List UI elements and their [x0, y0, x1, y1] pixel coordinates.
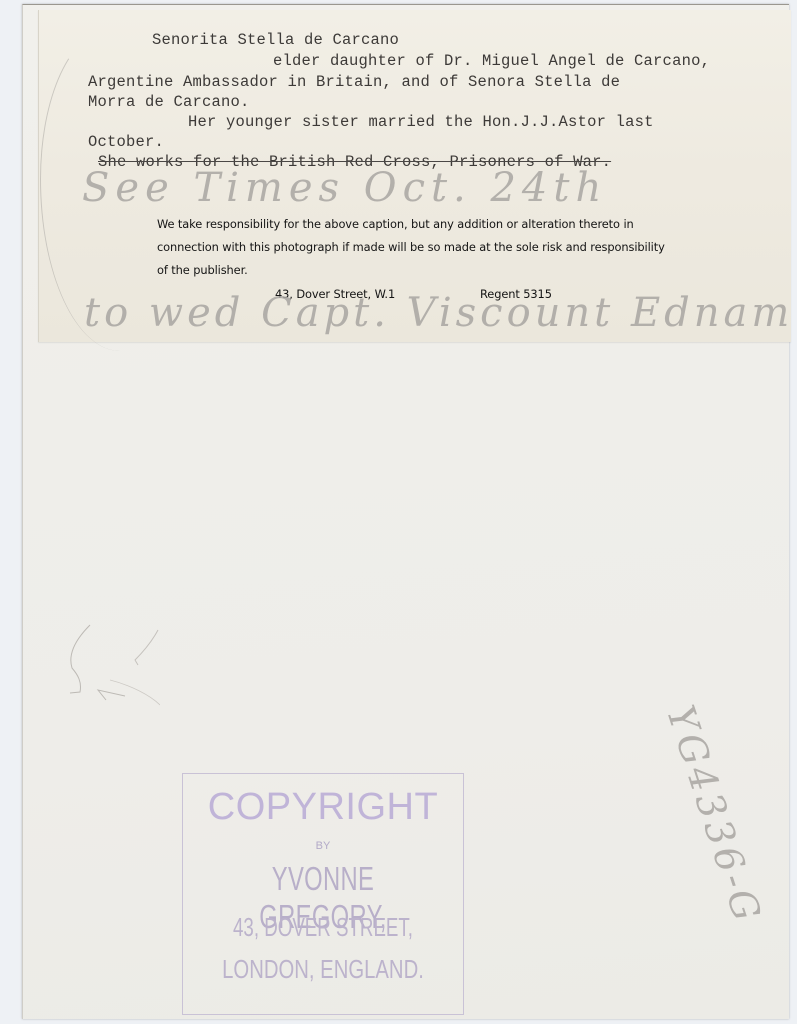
- caption-line-3: Argentine Ambassador in Britain, and of …: [88, 73, 620, 91]
- disclaimer-line-3: of the publisher.: [157, 263, 248, 277]
- caption-line-1: Senorita Stella de Carcano: [152, 31, 399, 49]
- caption-line-4: Morra de Carcano.: [88, 93, 250, 111]
- stamp-by: BY: [183, 840, 463, 852]
- disclaimer-line-1: We take responsibility for the above cap…: [157, 217, 634, 231]
- disclaimer-line-2: connection with this photograph if made …: [157, 240, 665, 254]
- caption-line-5: Her younger sister married the Hon.J.J.A…: [188, 113, 654, 131]
- pencil-note-times: See Times Oct. 24th: [82, 165, 607, 211]
- pencil-note-engagement: to wed Capt. Viscount Ednam: [84, 290, 793, 336]
- pencil-sketch-mark: [50, 600, 160, 710]
- caption-line-6: October.: [88, 133, 164, 151]
- caption-line-2: elder daughter of Dr. Miguel Angel de Ca…: [273, 52, 710, 70]
- stamp-title: COPYRIGHT: [183, 786, 463, 829]
- stamp-street: 43, DOVER STREET,: [222, 912, 424, 943]
- copyright-stamp: COPYRIGHT BY YVONNE GREGORY, 43, DOVER S…: [182, 773, 464, 1015]
- stamp-city: LONDON, ENGLAND.: [214, 954, 432, 985]
